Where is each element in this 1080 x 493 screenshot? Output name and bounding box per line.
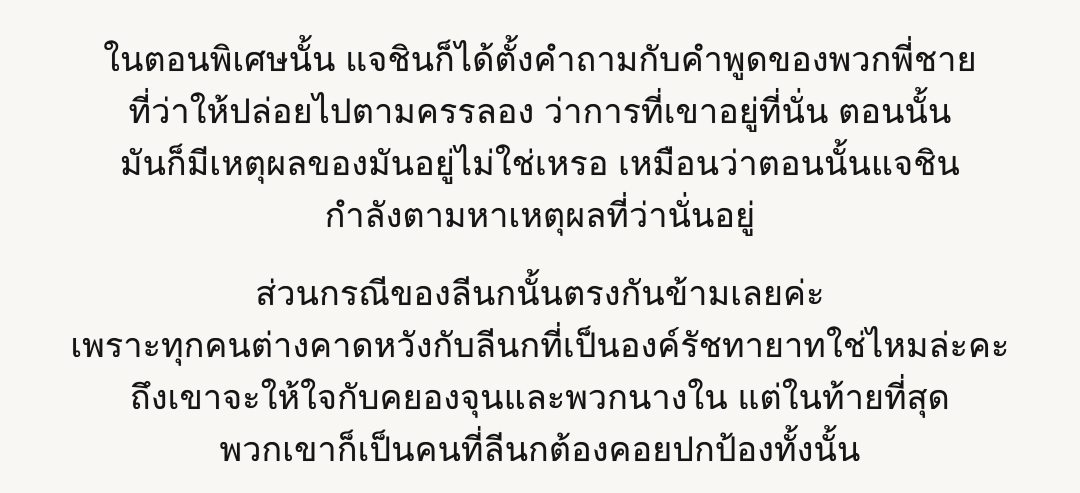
page-body: ในตอนพิเศษนั้น แจชินก็ได้ตั้งคำถามกับคำพ…: [0, 0, 1080, 493]
text-line: กำลังตามหาเหตุผลที่ว่านั่นอยู่: [103, 190, 976, 242]
text-line: เพราะทุกคนต่างคาดหวังกับลีนกที่เป็นองค์ร…: [70, 320, 1009, 372]
text-line: ถึงเขาจะให้ใจกับคยองจุนและพวกนางใน แต่ใน…: [70, 372, 1009, 424]
text-line: มันก็มีเหตุผลของมันอยู่ไม่ใช่เหรอ เหมือน…: [103, 138, 976, 190]
text-line: พวกเขาก็เป็นคนที่ลีนกต้องคอยปกป้องทั้งนั…: [70, 424, 1009, 476]
text-line: ที่ว่าให้ปล่อยไปตามครรลอง ว่าการที่เขาอย…: [103, 86, 976, 138]
paragraph-leenok: ส่วนกรณีของลีนกนั้นตรงกันข้ามเลยค่ะ เพรา…: [70, 268, 1009, 476]
text-line: ส่วนกรณีของลีนกนั้นตรงกันข้ามเลยค่ะ: [70, 268, 1009, 320]
text-line: ในตอนพิเศษนั้น แจชินก็ได้ตั้งคำถามกับคำพ…: [103, 34, 976, 86]
paragraph-jaeshin: ในตอนพิเศษนั้น แจชินก็ได้ตั้งคำถามกับคำพ…: [103, 34, 976, 242]
